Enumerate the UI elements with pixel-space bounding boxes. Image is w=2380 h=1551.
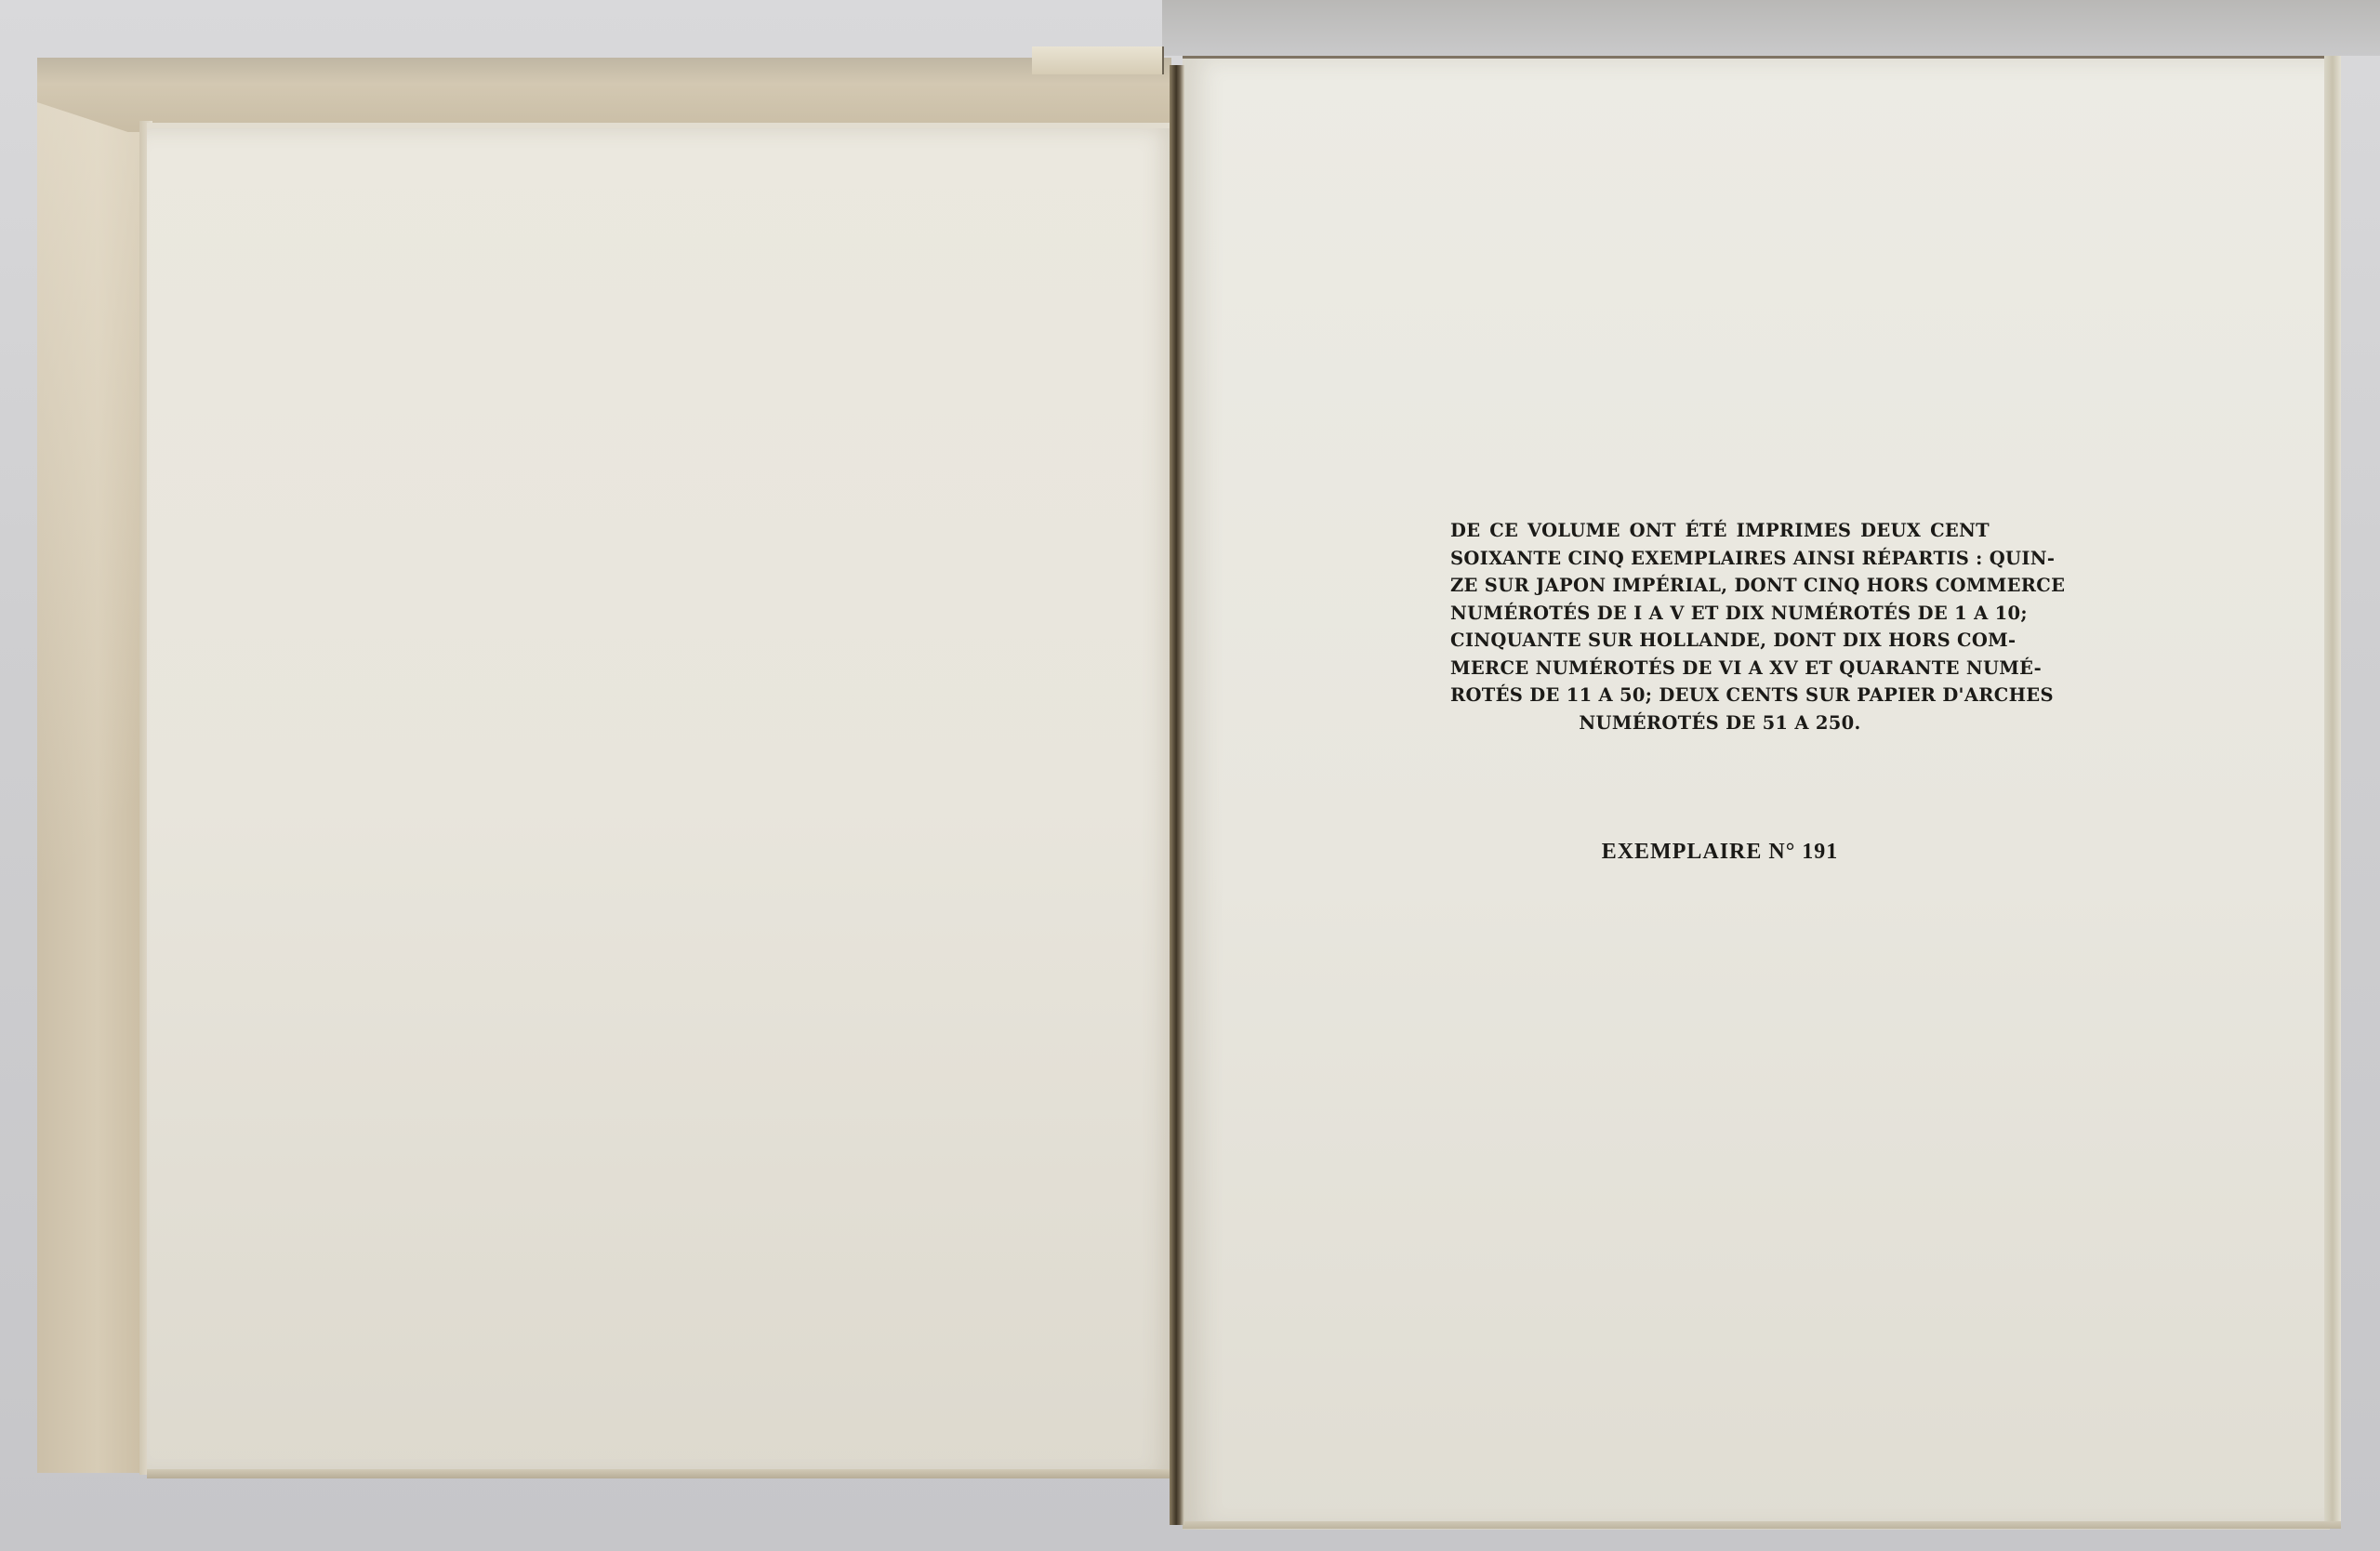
colophon-line: CINQUANTE SUR HOLLANDE, DONT DIX HORS CO… (1450, 627, 1990, 655)
copy-number: EXEMPLAIRE N° 191 (1450, 840, 1990, 865)
colophon-line: ROTÉS DE 11 A 50; DEUX CENTS SUR PAPIER … (1450, 682, 1990, 709)
colophon-line: NUMÉROTÉS DE 51 A 250. (1450, 709, 1990, 737)
colophon-line: MERCE NUMÉROTÉS DE VI A XV ET QUARANTE N… (1450, 655, 1990, 683)
colophon-line: ZE SUR JAPON IMPÉRIAL, DONT CINQ HORS CO… (1450, 572, 1990, 600)
colophon-line: NUMÉROTÉS DE I A V ET DIX NUMÉROTÉS DE 1… (1450, 600, 1990, 628)
background-table (1162, 0, 2380, 56)
book-gutter (1170, 65, 1184, 1525)
right-page (1183, 56, 2330, 1530)
folder-tab (1032, 46, 1164, 74)
portfolio-top-edge (37, 58, 1171, 132)
colophon-text: DE CE VOLUME ONT ÉTÉ IMPRIMES DEUX CENT … (1450, 517, 1990, 736)
right-page-bottom-edge (1183, 1521, 2341, 1529)
left-page (147, 123, 1179, 1478)
left-page-bottom-edge (147, 1469, 1179, 1478)
right-page-deckle-edge (2324, 56, 2341, 1525)
colophon-line: SOIXANTE CINQ EXEMPLAIRES AINSI RÉPARTIS… (1450, 545, 1990, 573)
colophon-line: DE CE VOLUME ONT ÉTÉ IMPRIMES DEUX CENT (1450, 517, 1990, 545)
